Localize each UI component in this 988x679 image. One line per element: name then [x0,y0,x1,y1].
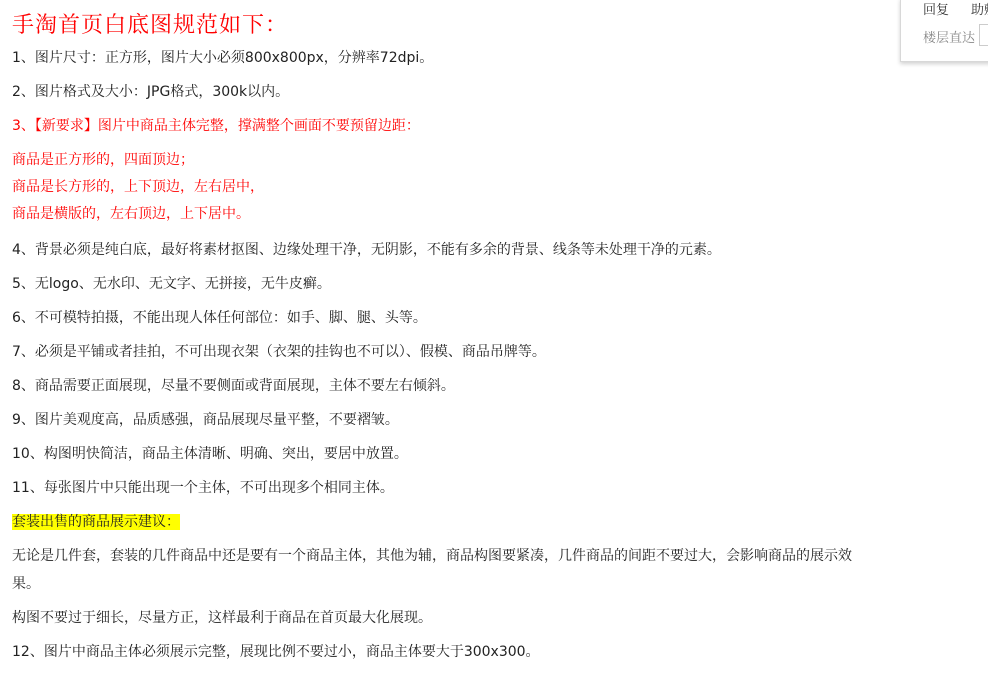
rule-6: 6、不可模特拍摄，不能出现人体任何部位：如手、脚、腿、头等。 [12,308,427,328]
set-suggestion-1-cont: 果。 [12,574,40,594]
rule-11: 11、每张图片中只能出现一个主体，不可出现多个相同主体。 [12,478,394,498]
rule-7: 7、必须是平铺或者挂拍，不可出现衣架（衣架的挂钩也不可以）、假模、商品吊牌等。 [12,342,546,362]
highlighted-heading: 套装出售的商品展示建议： [12,514,180,530]
rule-8: 8、商品需要正面展现，尽量不要侧面或背面展现，主体不要左右倾斜。 [12,376,455,396]
rule-3-rectangle: 商品是长方形的，上下顶边，左右居中， [12,177,264,197]
rule-4: 4、背景必须是纯白底，最好将素材抠图、边缘处理干净，无阴影，不能有多余的背景、线… [12,240,721,260]
rule-3: 3、【新要求】图片中商品主体完整，撑满整个画面不要预留边距： [12,116,420,136]
set-suggestion-heading: 套装出售的商品展示建议： [12,512,180,532]
help-button[interactable]: 助敷 [971,3,988,18]
rule-3-landscape: 商品是横版的，左右顶边，上下居中。 [12,204,250,224]
set-suggestion-1: 无论是几件套，套装的几件商品中还是要有一个商品主体，其他为辅，商品构图要紧凑，几… [12,546,852,566]
rule-12: 12、图片中商品主体必须展示完整，展现比例不要过小，商品主体要大于300x300… [12,642,540,662]
rule-2: 2、图片格式及大小：JPG格式，300k以内。 [12,82,289,102]
rule-3-square: 商品是正方形的，四面顶边； [12,150,194,170]
document-title: 手淘首页白底图规范如下： [12,8,288,39]
floating-toolbar: 回复助敷 楼层直达 [900,0,988,62]
rule-5: 5、无logo、无水印、无文字、无拼接，无牛皮癣。 [12,274,331,294]
floor-jump-label: 楼层直达 [923,27,975,46]
rule-1: 1、图片尺寸：正方形，图片大小必须800x800px，分辨率72dpi。 [12,48,433,68]
floor-jump-input[interactable] [979,24,988,46]
set-suggestion-2: 构图不要过于细长，尽量方正，这样最利于商品在首页最大化展现。 [12,608,432,628]
reply-button[interactable]: 回复 [923,3,949,18]
rule-9: 9、图片美观度高，品质感强，商品展现尽量平整，不要褶皱。 [12,410,399,430]
rule-10: 10、构图明快简洁，商品主体清晰、明确、突出，要居中放置。 [12,444,408,464]
